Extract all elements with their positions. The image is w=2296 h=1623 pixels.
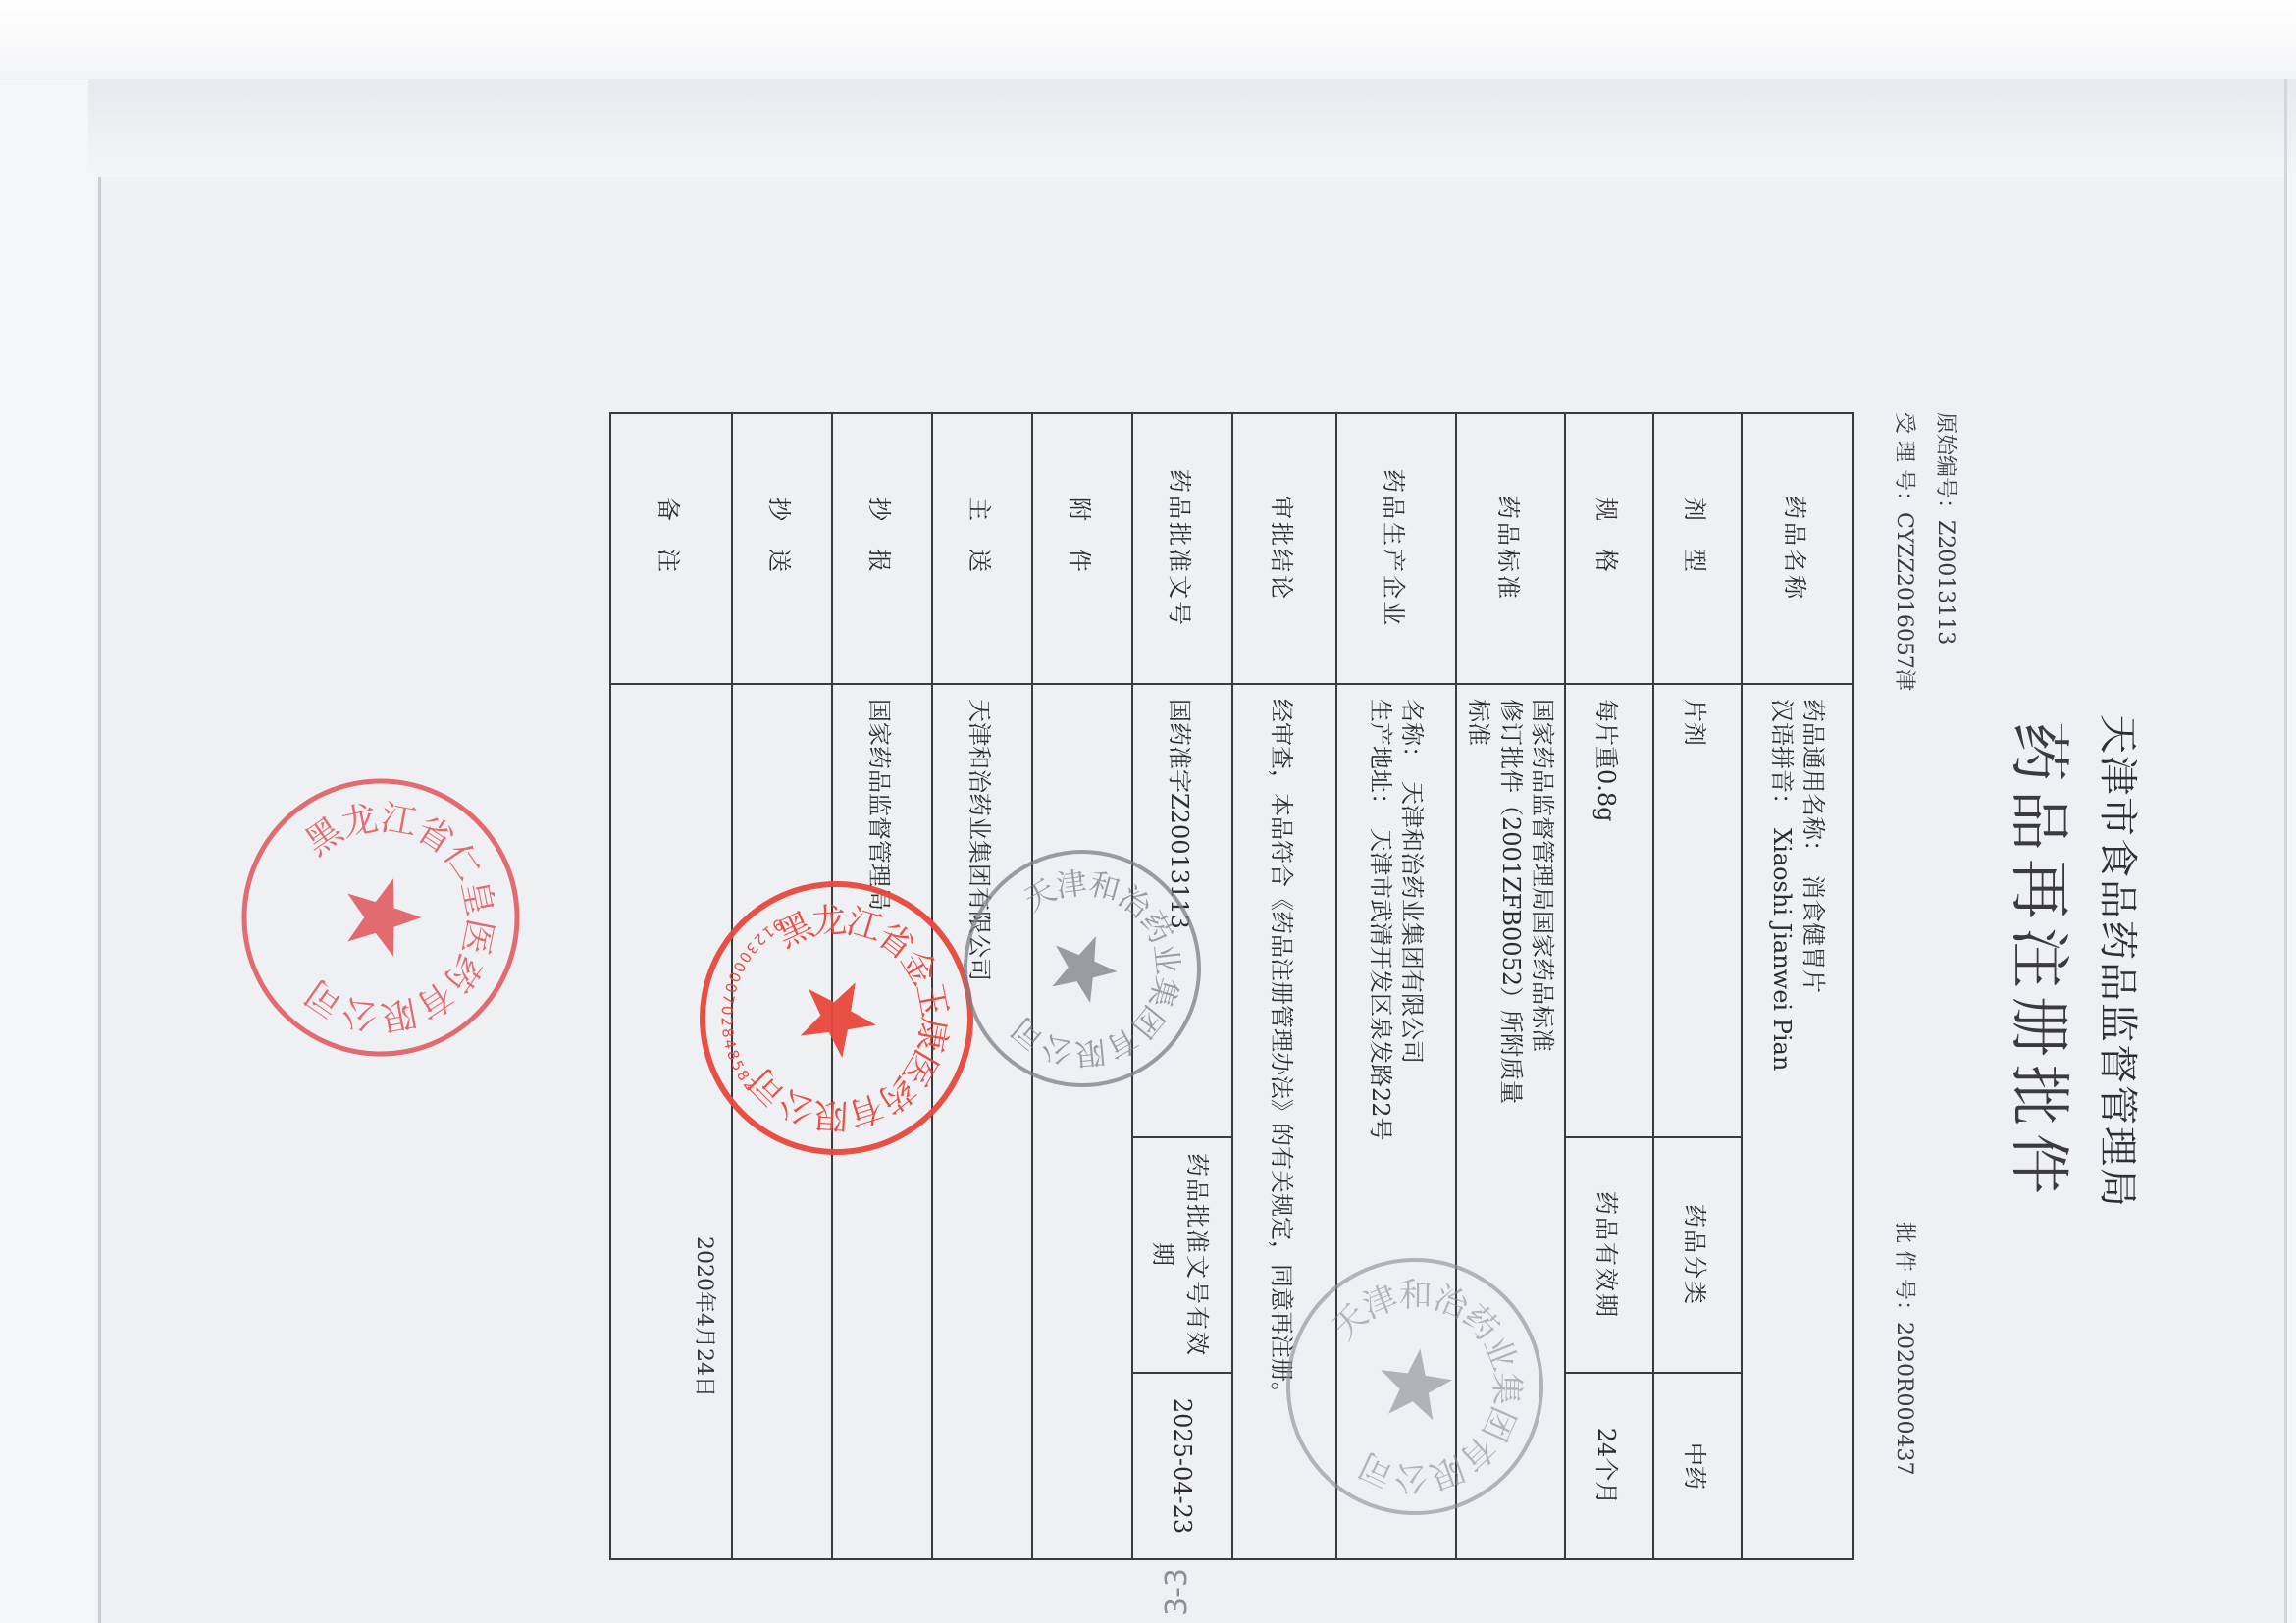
- svg-text:皇: 皇: [453, 877, 499, 919]
- original-code: 原始编号：Z20013113: [1932, 412, 1962, 645]
- svg-text:和: 和: [1399, 1276, 1433, 1315]
- company-seal-red-jinyukang: 黑龙江省金玉康医药有限公司91230000702848582: [697, 878, 976, 1158]
- scan-shadow: [88, 79, 2296, 177]
- seal-graphic: 天津和治药业集团有限公司: [960, 836, 1205, 1101]
- conclusion-label: 审批结论: [1232, 413, 1336, 684]
- svg-text:限: 限: [378, 991, 420, 1037]
- approval-number: 批 件 号：2020R000437: [1891, 1222, 1921, 1476]
- svg-text:7: 7: [719, 993, 738, 1006]
- spec-value: 每片重0.8g: [1565, 684, 1653, 1137]
- remarks-label: 备注: [610, 413, 732, 684]
- attachment-value: [1032, 684, 1132, 1559]
- standard-label: 药品标准: [1456, 413, 1565, 684]
- scanner-top-margin: [0, 0, 2296, 79]
- drug-name-label: 药品名称: [1742, 413, 1853, 684]
- attachment-label: 附件: [1032, 413, 1132, 684]
- drug-name-value: 药品通用名称： 消食健胃片 汉语拼音： Xiaoshi Jianwei Pian: [1742, 684, 1853, 1559]
- issuing-agency: 天津市食品药品监督管理局: [2093, 353, 2149, 1570]
- svg-text:8: 8: [718, 1027, 737, 1039]
- report-to-label: 抄报: [832, 413, 932, 684]
- svg-text:龙: 龙: [339, 798, 382, 845]
- main-recipient-label: 主送: [932, 413, 1032, 684]
- category-value: 中药: [1653, 1373, 1742, 1559]
- company-seal-red-renhuang: 黑龙江省仁皇医药有限公司: [234, 775, 528, 1060]
- approval-doc-validity-label: 药品批准文号有效期: [1132, 1137, 1232, 1373]
- company-seal-gray-manufacturer-2: 天津和治药业集团有限公司: [1282, 1254, 1547, 1519]
- cc-label: 抄送: [732, 413, 832, 684]
- validity-label: 药品有效期: [1565, 1137, 1653, 1373]
- issue-date: 2020年4月24日: [691, 1236, 721, 1397]
- spec-label: 规格: [1565, 413, 1653, 684]
- handwritten-page-note: 3-3: [1160, 1568, 1194, 1616]
- acceptance-number: 受 理 号：CYZZ2016057津: [1891, 412, 1921, 691]
- manufacturer-label: 药品生产企业: [1336, 413, 1456, 684]
- document-title: 药品再注册批件: [2001, 353, 2088, 1570]
- svg-text:司: 司: [1353, 1444, 1400, 1494]
- svg-text:集: 集: [1486, 1372, 1526, 1406]
- seal-graphic: 天津和治药业集团有限公司: [1282, 1254, 1547, 1519]
- table-row: 药品名称 药品通用名称： 消食健胃片 汉语拼音： Xiaoshi Jianwei…: [1742, 413, 1853, 1559]
- dosage-form-value: 片剂: [1653, 684, 1742, 1137]
- seal-graphic: 黑龙江省仁皇医药有限公司: [234, 775, 528, 1060]
- svg-text:津: 津: [1055, 865, 1089, 905]
- company-seal-gray-manufacturer: 天津和治药业集团有限公司: [960, 836, 1205, 1101]
- page-edge-left: [98, 177, 101, 1623]
- seal-graphic: 黑龙江省金玉康医药有限公司91230000702848582: [697, 878, 976, 1158]
- table-row: 规格 每片重0.8g 药品有效期 24个月: [1565, 413, 1653, 1559]
- svg-text:业: 业: [1147, 942, 1185, 976]
- svg-text:公: 公: [1394, 1457, 1430, 1497]
- approval-doc-validity-value: 2025-04-23: [1132, 1373, 1232, 1559]
- svg-text:限: 限: [1073, 1033, 1107, 1072]
- page-edge-right: [2284, 79, 2287, 1623]
- table-row: 剂型 片剂 药品分类 中药: [1653, 413, 1742, 1559]
- category-label: 药品分类: [1653, 1137, 1742, 1373]
- svg-text:0: 0: [718, 1005, 737, 1016]
- approval-doc-label: 药品批准文号: [1132, 413, 1232, 684]
- svg-text:2: 2: [718, 1017, 736, 1026]
- dosage-form-label: 剂型: [1653, 413, 1742, 684]
- validity-value: 24个月: [1565, 1373, 1653, 1559]
